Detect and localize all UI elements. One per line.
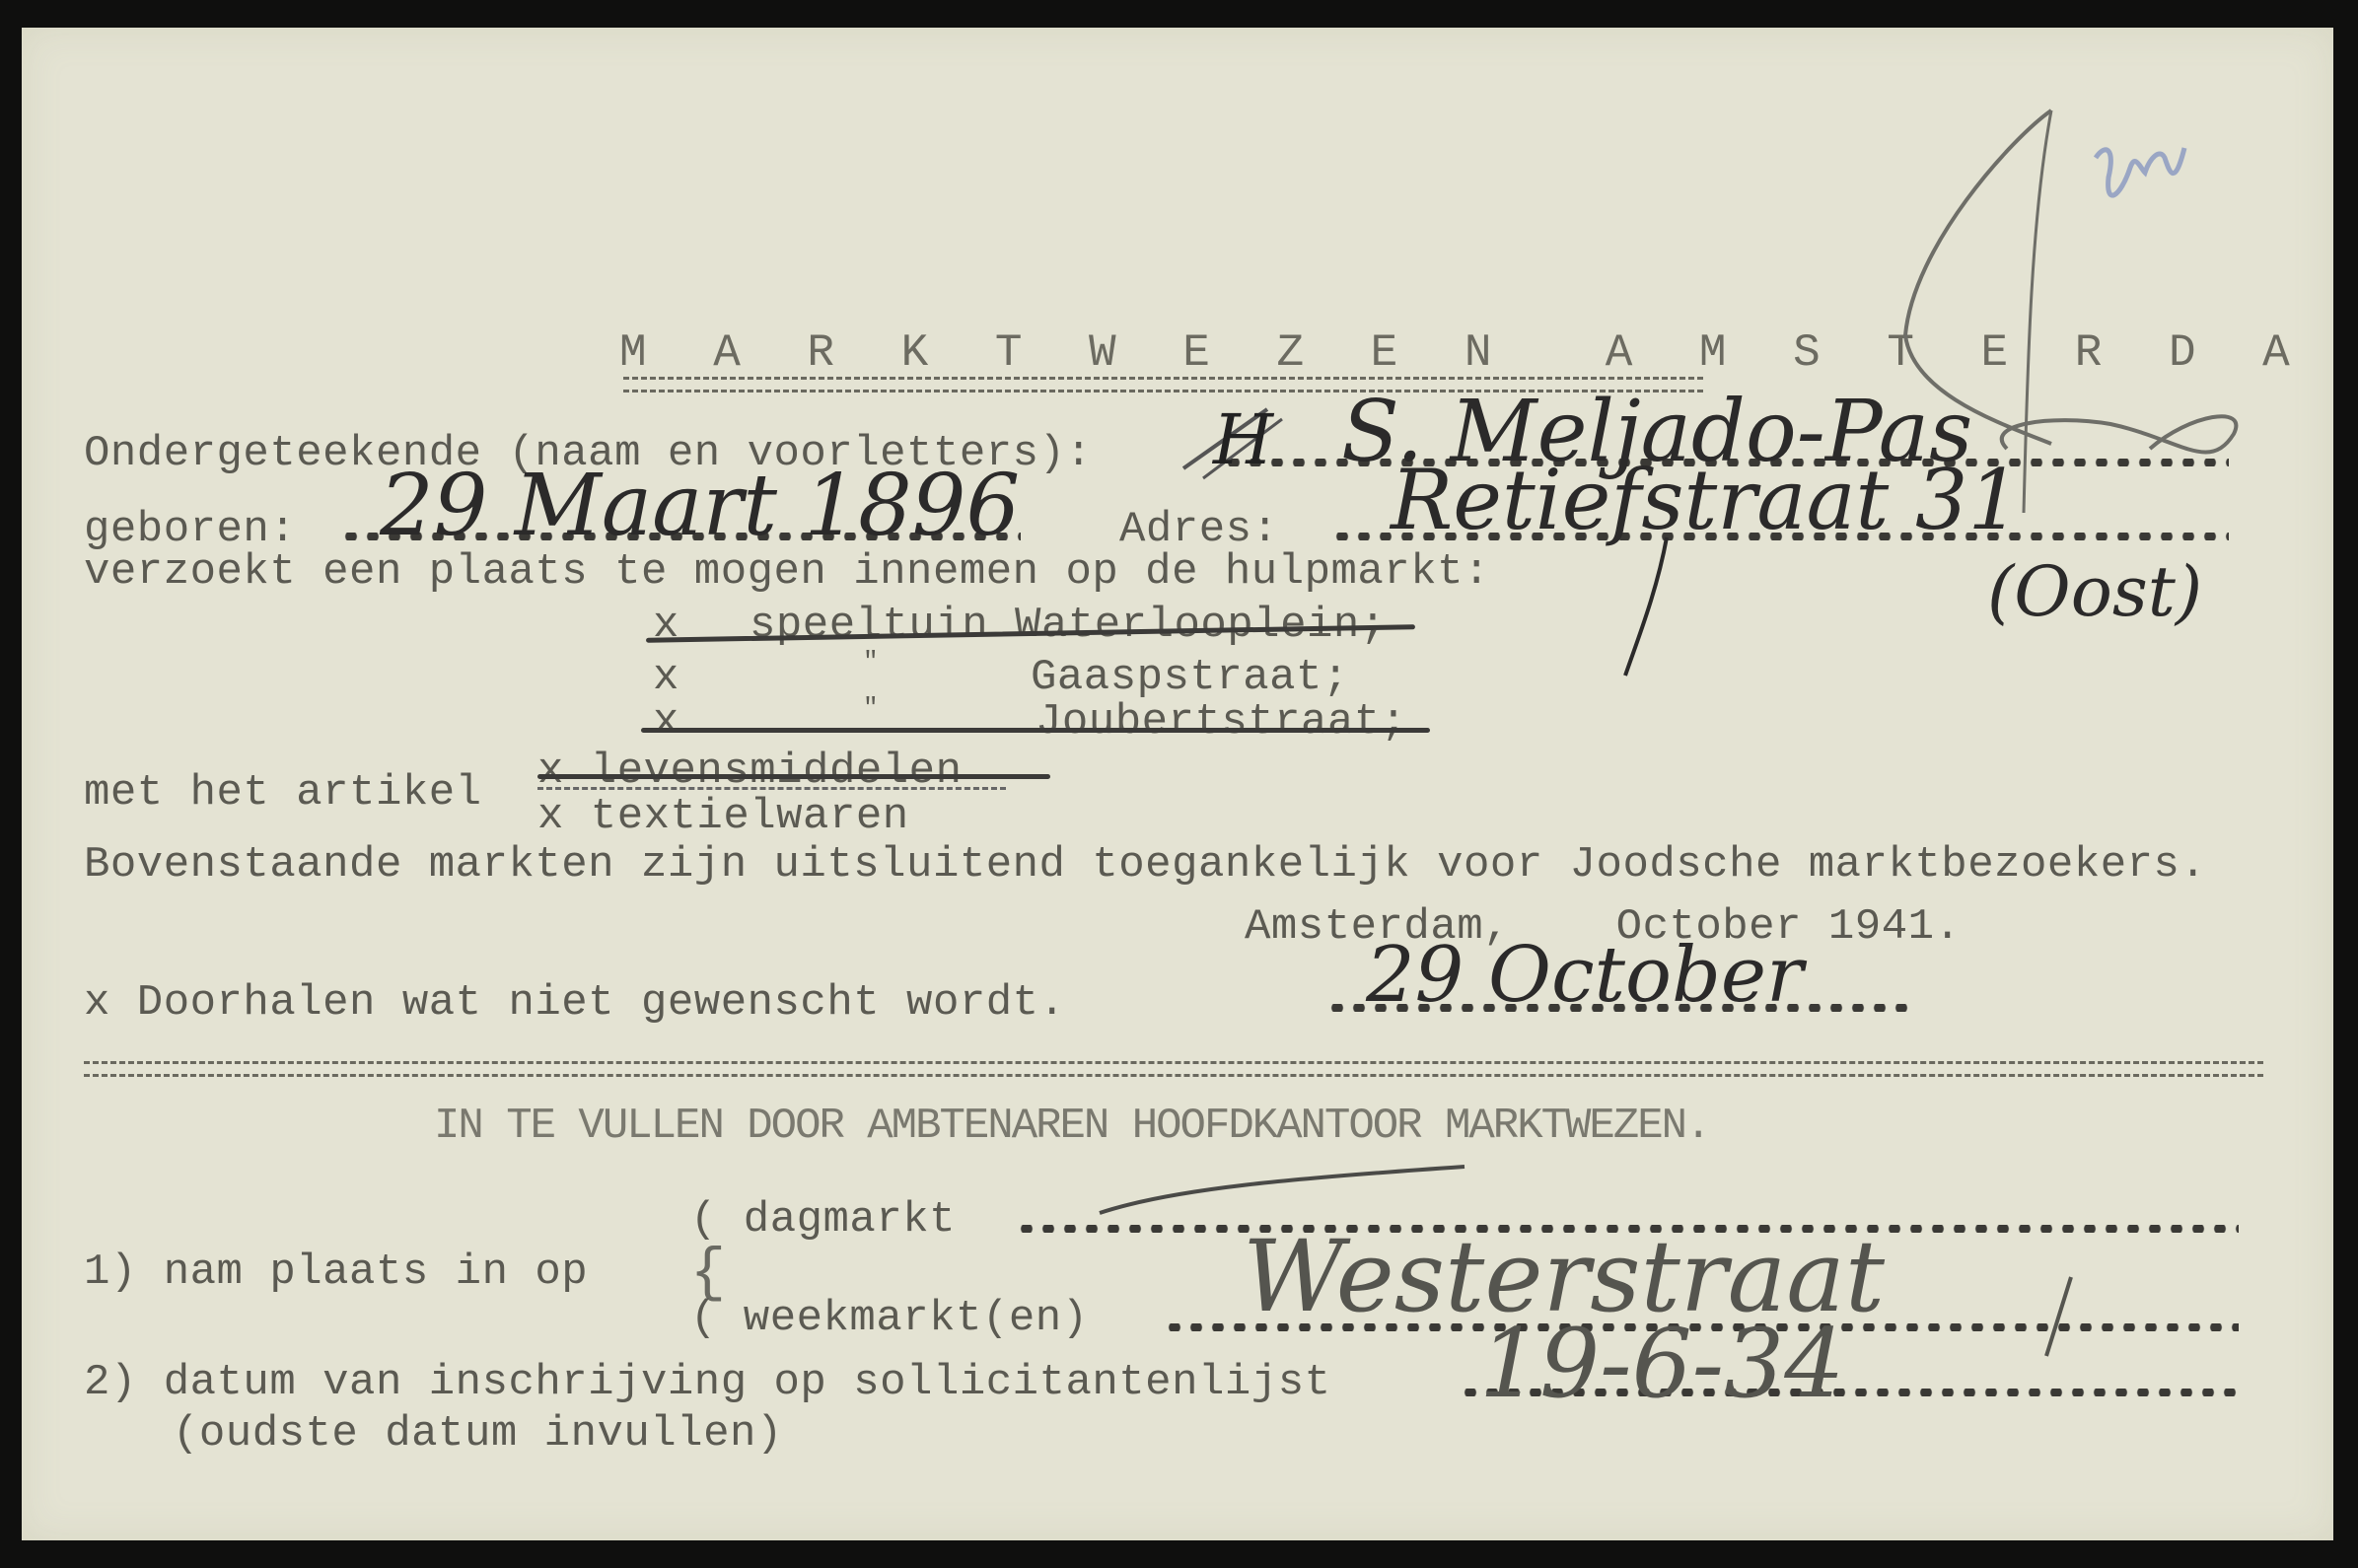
market-option-3-marker: x [653, 700, 679, 744]
dagmarkt-label: ( dagmarkt [690, 1198, 956, 1242]
registration-date-handwritten[interactable]: 19-6-34 [1479, 1317, 1844, 1411]
article-option-2: x textielwaren [537, 795, 909, 838]
date-handwritten-value[interactable]: 29 October [1366, 937, 1803, 1014]
item1-label: 1) nam plaats in op [84, 1250, 588, 1294]
item2-sub-label: (oudste datum invullen) [173, 1412, 783, 1456]
article-divider [537, 787, 1006, 790]
address-handwritten-value[interactable]: Retiefstraat 31 [1391, 459, 2021, 541]
born-label: geboren: [84, 508, 296, 551]
dagmarkt-pen-stroke [1095, 1159, 1469, 1218]
market-option-2-marker: x [653, 656, 679, 699]
crossed-out-initial: H [1174, 390, 1292, 488]
address-label: Adres: [1119, 508, 1278, 551]
address-pen-stroke [1617, 533, 1677, 680]
svg-text:H: H [1211, 399, 1275, 480]
section-separator [84, 1061, 2263, 1077]
market-option-3-strikethrough [641, 728, 1430, 733]
blue-pencil-annotation [2091, 138, 2209, 217]
notice-text: Bovenstaande markten zijn uitsluitend to… [84, 843, 2206, 887]
market-option-2-ditto: " [863, 649, 879, 675]
market-option-1-name: speeltuin Waterlooplein; [750, 604, 1387, 647]
office-heading: IN TE VULLEN DOOR AMBTENAREN HOOFDKANTOO… [434, 1105, 1709, 1148]
item2-label: 2) datum van inschrijving op sollicitant… [84, 1361, 1331, 1404]
article-label: met het artikel [84, 771, 482, 815]
weekmarkt-label: ( weekmarkt(en) [690, 1297, 1089, 1340]
market-option-2-name: Gaaspstraat; [1031, 656, 1349, 699]
strike-note: x Doorhalen wat niet gewenscht wordt. [84, 981, 1065, 1025]
article-option-1-strikethrough [537, 774, 1050, 779]
market-pen-tick [2032, 1272, 2091, 1361]
address-district[interactable]: (Oost) [1987, 557, 2202, 626]
request-text: verzoekt een plaats te mogen innemen op … [84, 550, 1490, 594]
market-option-3-name: Joubertstraat; [1036, 700, 1407, 744]
born-handwritten-value[interactable]: 29 Maart 1896 [380, 463, 1020, 548]
market-option-3-ditto: " [863, 695, 879, 721]
